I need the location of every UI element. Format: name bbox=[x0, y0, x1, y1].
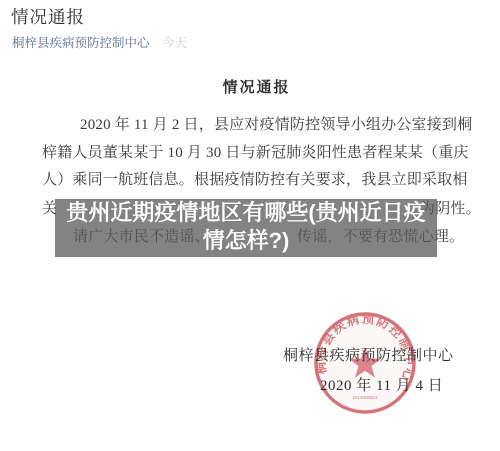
headline-overlay: 贵州近期疫情地区有哪些(贵州近日疫 情怎样?) bbox=[55, 199, 437, 257]
post-page: 情况通报 桐梓县疾病预防控制中心 今天 情况通报 2020 年 11 月 2 日… bbox=[0, 0, 500, 451]
headline-line1: 贵州近期疫情地区有哪些(贵州近日疫 bbox=[55, 199, 437, 227]
document-line: 梓籍人员董某某于 10 月 30 日与新冠肺炎阳性患者程某某（重庆 bbox=[42, 141, 469, 162]
seal-code: 2014000001 bbox=[352, 395, 378, 400]
post-meta: 桐梓县疾病预防控制中心 今天 bbox=[12, 33, 187, 51]
source-name[interactable]: 桐梓县疾病预防控制中心 bbox=[12, 33, 150, 51]
signature-line: 桐梓县疾病预防控制中心 bbox=[283, 344, 454, 365]
document-line: 2020 年 11 月 2 日，县应对疫情防控领导小组办公室接到桐 bbox=[80, 113, 472, 134]
headline-line2: 情怎样?) bbox=[55, 227, 437, 255]
post-title: 情况通报 bbox=[11, 4, 85, 29]
document-line: 人）乘同一航班信息。根据疫情防控有关要求，我县立即采取相 bbox=[42, 168, 468, 189]
notice-scan-image[interactable]: 情况通报 2020 年 11 月 2 日，县应对疫情防控领导小组办公室接到桐 梓… bbox=[0, 58, 500, 451]
post-timestamp: 今天 bbox=[162, 33, 187, 51]
document-title: 情况通报 bbox=[40, 76, 473, 97]
date-line: 2020 年 11 月 4 日 bbox=[320, 374, 443, 395]
